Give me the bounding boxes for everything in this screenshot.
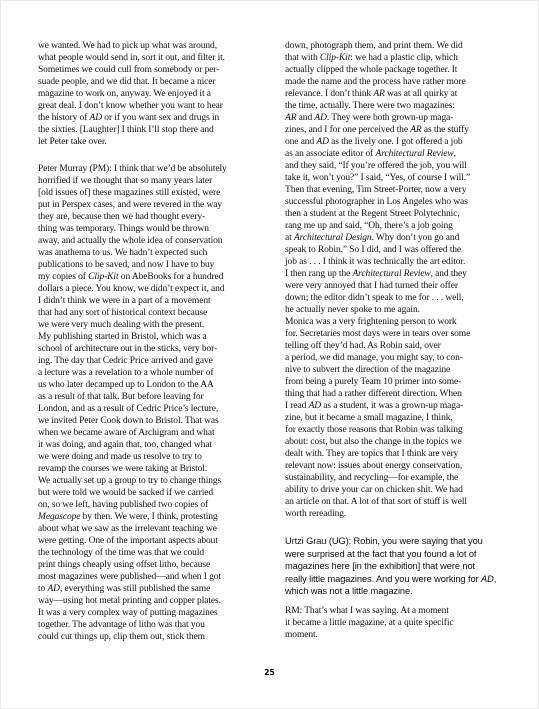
text-line: revamp the courses we were taking at Bri… bbox=[38, 463, 266, 475]
text-line: I didn’t think we were in a part of a mo… bbox=[38, 295, 266, 307]
text-line: take it, won’t you?” I said, “Yes, of co… bbox=[285, 172, 513, 184]
text-line: great deal. I don’t know whether you wan… bbox=[38, 100, 266, 112]
text-line: nive to subvert the direction of the mag… bbox=[285, 364, 513, 376]
text-line: zine, but it became a small magazine, I … bbox=[285, 412, 513, 424]
text-column-left: we wanted. We had to pick up what was ar… bbox=[38, 40, 266, 658]
text-line: down, photograph them, and print them. W… bbox=[285, 40, 513, 52]
text-line: down; the editor didn’t speak to me for … bbox=[285, 292, 513, 304]
text-line: actually clipped the whole package toget… bbox=[285, 64, 513, 76]
text-line: thing that had a rather different direct… bbox=[285, 388, 513, 400]
text-line: telling off they’d had. As Robin said, o… bbox=[285, 340, 513, 352]
text-line: most magazines were published—and when I… bbox=[38, 571, 266, 583]
text-line: the sixties. [Laughter] I think I’ll sto… bbox=[38, 124, 266, 136]
text-line: zines, and I for one perceived the AR as… bbox=[285, 124, 513, 136]
text-line: were very annoyed that I had turned thei… bbox=[285, 280, 513, 292]
text-line: at Architectural Design. Why don’t you g… bbox=[285, 232, 513, 244]
text-line: that with Clip-Kit: we had a plastic cli… bbox=[285, 52, 513, 64]
text-line: one and AD as the lively one. I got offe… bbox=[285, 136, 513, 148]
text-line: Monica was a very frightening person to … bbox=[285, 316, 513, 328]
text-line: dollars a piece. You know, we didn’t exp… bbox=[38, 283, 266, 295]
text-line: away, and actually the whole idea of con… bbox=[38, 235, 266, 247]
text-line: London, and as a result of Cedric Price’… bbox=[38, 403, 266, 415]
text-line: Then that evening, Tim Street-Porter, no… bbox=[285, 184, 513, 196]
text-line: I read AD as a student, it was a grown-u… bbox=[285, 400, 513, 412]
text-line: he actually never spoke to me again. bbox=[285, 304, 513, 316]
text-line: we were very much dealing with the prese… bbox=[38, 319, 266, 331]
text-line: when we became aware of Archigram and wh… bbox=[38, 427, 266, 439]
text-line: put in Perspex cases, and were revered i… bbox=[38, 199, 266, 211]
text-line: really little magazines. And you were wo… bbox=[285, 573, 513, 586]
text-line: RM: That’s what I was saying. At a momen… bbox=[285, 605, 513, 617]
text-line: they are, because then we had thought ev… bbox=[38, 211, 266, 223]
paragraph: Urtzi Grau (UG): Robin, you were saying … bbox=[285, 535, 513, 598]
page-number: 25 bbox=[1, 668, 538, 677]
text-line: job as . . . I think it was technically … bbox=[285, 256, 513, 268]
text-line: let Peter take over. bbox=[38, 136, 266, 148]
text-line: Sometimes we could cull from somebody or… bbox=[38, 64, 266, 76]
text-line: were surprised at the fact that you foun… bbox=[285, 548, 513, 561]
text-line: print things cheaply using offset litho,… bbox=[38, 559, 266, 571]
text-line: AR and AD. They were both grown-up maga- bbox=[285, 112, 513, 124]
text-line: it became a little magazine, at a quite … bbox=[285, 617, 513, 629]
text-line: ability to drive your car on chicken shi… bbox=[285, 484, 513, 496]
text-line: were getting. One of the important aspec… bbox=[38, 535, 266, 547]
text-line: the time, actually. There were two magaz… bbox=[285, 100, 513, 112]
text-line: as a result of that talk. But before lea… bbox=[38, 391, 266, 403]
text-line: magazine to work on, anyway. We enjoyed … bbox=[38, 88, 266, 100]
text-line: magazines here [in the exhibition] that … bbox=[285, 560, 513, 573]
paragraph: down, photograph them, and print them. W… bbox=[285, 40, 513, 520]
text-line: publications to be saved, and now I have… bbox=[38, 259, 266, 271]
text-line: Megascope by then. We were, I think, pro… bbox=[38, 511, 266, 523]
text-line: together. The advantage of litho was tha… bbox=[38, 619, 266, 631]
text-line: could cut things up, clip them out, stic… bbox=[38, 631, 266, 643]
text-line: for. Secretaries most days were in tears… bbox=[285, 328, 513, 340]
text-line: My publishing started in Bristol, which … bbox=[38, 331, 266, 343]
text-line: thing was temporary. Things would be thr… bbox=[38, 223, 266, 235]
text-columns: we wanted. We had to pick up what was ar… bbox=[1, 1, 538, 658]
text-line: it was doing, and again that, too, chang… bbox=[38, 439, 266, 451]
text-line: us who later decamped up to London to th… bbox=[38, 379, 266, 391]
text-line: on, so we left, having published two cop… bbox=[38, 499, 266, 511]
text-line: what people would send in, sort it out, … bbox=[38, 52, 266, 64]
text-line: we were doing and made us resolve to try… bbox=[38, 451, 266, 463]
paragraph: we wanted. We had to pick up what was ar… bbox=[38, 40, 266, 148]
text-line: school of architecture out in the sticks… bbox=[38, 343, 266, 355]
text-line: Urtzi Grau (UG): Robin, you were saying … bbox=[285, 535, 513, 548]
text-line: we invited Peter Cook down to Bristol. T… bbox=[38, 415, 266, 427]
text-line: suade people, and we did that. It became… bbox=[38, 76, 266, 88]
text-line: my copies of Clip-Kit on AbeBooks for a … bbox=[38, 271, 266, 283]
text-line: made the name and the process have rathe… bbox=[285, 76, 513, 88]
text-line: for exactly those reasons that Robin was… bbox=[285, 424, 513, 436]
text-line: ing. The day that Cedric Price arrived a… bbox=[38, 355, 266, 367]
text-line: then a student at the Regent Street Poly… bbox=[285, 208, 513, 220]
text-line: rang me up and said, “Oh, there’s a job … bbox=[285, 220, 513, 232]
text-line: speak to Robin.” So I did, and I was off… bbox=[285, 244, 513, 256]
text-line: but were told we would be sacked if we c… bbox=[38, 487, 266, 499]
text-line: worth rereading. bbox=[285, 508, 513, 520]
text-line: moment. bbox=[285, 629, 513, 641]
paragraph: RM: That’s what I was saying. At a momen… bbox=[285, 605, 513, 641]
text-line: an article on that. A lot of that sort o… bbox=[285, 496, 513, 508]
document-page: we wanted. We had to pick up what was ar… bbox=[0, 0, 539, 709]
text-line: from being a purely Team 10 primer into … bbox=[285, 376, 513, 388]
text-line: successful photographer in Los Angeles w… bbox=[285, 196, 513, 208]
text-line: We actually set up a group to try to cha… bbox=[38, 475, 266, 487]
text-line: and they said, “If you’re offered the jo… bbox=[285, 160, 513, 172]
text-line: horrified if we thought that so many yea… bbox=[38, 175, 266, 187]
text-line: we wanted. We had to pick up what was ar… bbox=[38, 40, 266, 52]
text-line: about: cost, but also the change in the … bbox=[285, 436, 513, 448]
text-line: the technology of the time was that we c… bbox=[38, 547, 266, 559]
text-line: was anathema to us. We hadn’t expected s… bbox=[38, 247, 266, 259]
paragraph: Peter Murray (PM): I think that we’d be … bbox=[38, 163, 266, 643]
text-line: dealt with. They are topics that I think… bbox=[285, 448, 513, 460]
text-line: sustainability, and recycling—for exampl… bbox=[285, 472, 513, 484]
text-line: the history of AD or if you want sex and… bbox=[38, 112, 266, 124]
text-line: I then rang up the Architectural Review,… bbox=[285, 268, 513, 280]
text-line: about what we saw as the irrelevant teac… bbox=[38, 523, 266, 535]
text-line: [old issues of] these magazines still ex… bbox=[38, 187, 266, 199]
text-line: to AD, everything was still published th… bbox=[38, 583, 266, 595]
text-line: that had any sort of historical context … bbox=[38, 307, 266, 319]
text-line: relevant now: issues about energy conser… bbox=[285, 460, 513, 472]
text-line: relevance. I don’t think AR was at all q… bbox=[285, 88, 513, 100]
text-line: a period, we did manage, you might say, … bbox=[285, 352, 513, 364]
text-line: way—using hot metal printing and copper … bbox=[38, 595, 266, 607]
text-line: It was a very complex way of putting mag… bbox=[38, 607, 266, 619]
text-line: Peter Murray (PM): I think that we’d be … bbox=[38, 163, 266, 175]
text-line: as an associate editor of Architectural … bbox=[285, 148, 513, 160]
text-line: which was not a little magazine. bbox=[285, 585, 513, 598]
text-line: a lecture was a revelation to a whole nu… bbox=[38, 367, 266, 379]
text-column-right: down, photograph them, and print them. W… bbox=[285, 40, 513, 658]
